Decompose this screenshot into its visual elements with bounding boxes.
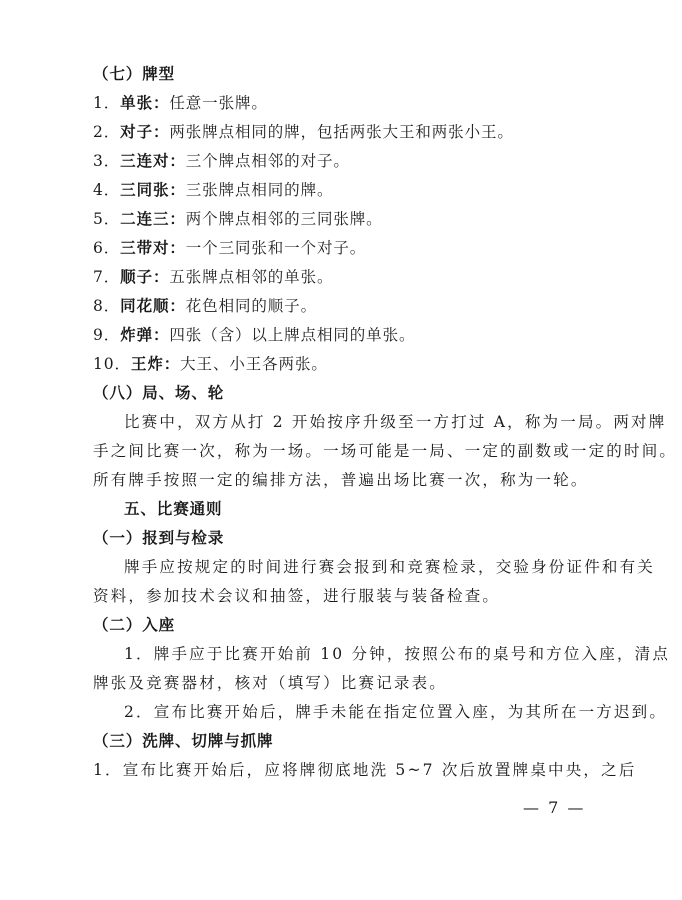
paragraph-line: 2．宣布比赛开始后，牌手未能在指定位置入座，为其所在一方迟到。	[124, 702, 634, 722]
paragraph-line: 1．牌手应于比赛开始前 10 分钟，按照公布的桌号和方位入座，清点	[124, 644, 634, 664]
item-number: 2．	[93, 123, 120, 141]
item-number: 4．	[93, 181, 120, 199]
list-item: 5．二连三：两个牌点相邻的三同张牌。	[93, 209, 603, 229]
section-heading-game-set-round: （八）局、场、轮	[93, 383, 603, 403]
item-description: 两张牌点相同的牌，包括两张大王和两张小王。	[169, 123, 513, 141]
item-term: 同花顺：	[120, 297, 186, 315]
item-number: 1．	[93, 94, 120, 112]
item-number: 6．	[93, 239, 120, 257]
list-item: 2．对子：两张牌点相同的牌，包括两张大王和两张小王。	[93, 122, 603, 142]
item-description: 任意一张牌。	[169, 94, 267, 112]
list-item: 10．王炸：大王、小王各两张。	[93, 354, 603, 374]
item-description: 两个牌点相邻的三同张牌。	[186, 210, 383, 228]
list-item: 8．同花顺：花色相同的顺子。	[93, 296, 603, 316]
list-item: 9．炸弹：四张（含）以上牌点相同的单张。	[93, 325, 603, 345]
list-item: 1．单张：任意一张牌。	[93, 93, 603, 113]
document-page: （七）牌型 1．单张：任意一张牌。 2．对子：两张牌点相同的牌，包括两张大王和两…	[0, 0, 682, 900]
item-term: 三带对：	[120, 239, 186, 257]
item-description: 四张（含）以上牌点相同的单张。	[169, 326, 415, 344]
section-heading-card-types: （七）牌型	[93, 64, 603, 84]
paragraph-line: 资料，参加技术会议和抽签，进行服装与装备检查。	[93, 586, 603, 606]
item-number: 9．	[93, 326, 120, 344]
item-number: 7．	[93, 268, 120, 286]
paragraph-line: 牌张及竞赛器材，核对（填写）比赛记录表。	[93, 673, 603, 693]
item-description: 花色相同的顺子。	[186, 297, 317, 315]
item-term: 王炸：	[131, 355, 180, 373]
list-item: 6．三带对：一个三同张和一个对子。	[93, 238, 603, 258]
section-heading-shuffling: （三）洗牌、切牌与抓牌	[93, 731, 603, 751]
list-item: 4．三同张：三张牌点相同的牌。	[93, 180, 603, 200]
paragraph-line: 比赛中，双方从打 2 开始按序升级至一方打过 A，称为一局。两对牌	[124, 412, 634, 432]
section-heading-registration: （一）报到与检录	[93, 528, 603, 548]
item-description: 三张牌点相同的牌。	[186, 181, 334, 199]
paragraph-line: 1．宣布比赛开始后，应将牌彻底地洗 5~7 次后放置牌桌中央，之后	[93, 760, 603, 780]
item-term: 二连三：	[120, 210, 186, 228]
item-description: 三个牌点相邻的对子。	[186, 152, 350, 170]
item-number: 10．	[93, 355, 131, 373]
item-term: 对子：	[120, 123, 169, 141]
item-description: 大王、小王各两张。	[180, 355, 328, 373]
list-item: 7．顺子：五张牌点相邻的单张。	[93, 267, 603, 287]
item-term: 三同张：	[120, 181, 186, 199]
item-term: 炸弹：	[120, 326, 169, 344]
chapter-heading-general-rules: 五、比赛通则	[124, 499, 634, 519]
item-number: 8．	[93, 297, 120, 315]
list-item: 3．三连对：三个牌点相邻的对子。	[93, 151, 603, 171]
item-description: 一个三同张和一个对子。	[186, 239, 366, 257]
item-description: 五张牌点相邻的单张。	[169, 268, 333, 286]
paragraph-line: 牌手应按规定的时间进行赛会报到和竞赛检录，交验身份证件和有关	[124, 557, 634, 577]
item-number: 5．	[93, 210, 120, 228]
section-heading-seating: （二）入座	[93, 615, 603, 635]
paragraph-line: 手之间比赛一次，称为一场。一场可能是一局、一定的副数或一定的时间。	[93, 441, 603, 461]
item-term: 单张：	[120, 94, 169, 112]
item-term: 三连对：	[120, 152, 186, 170]
item-term: 顺子：	[120, 268, 169, 286]
page-number: — 7 —	[523, 798, 585, 818]
item-number: 3．	[93, 152, 120, 170]
paragraph-line: 所有牌手按照一定的编排方法，普遍出场比赛一次，称为一轮。	[93, 470, 603, 490]
